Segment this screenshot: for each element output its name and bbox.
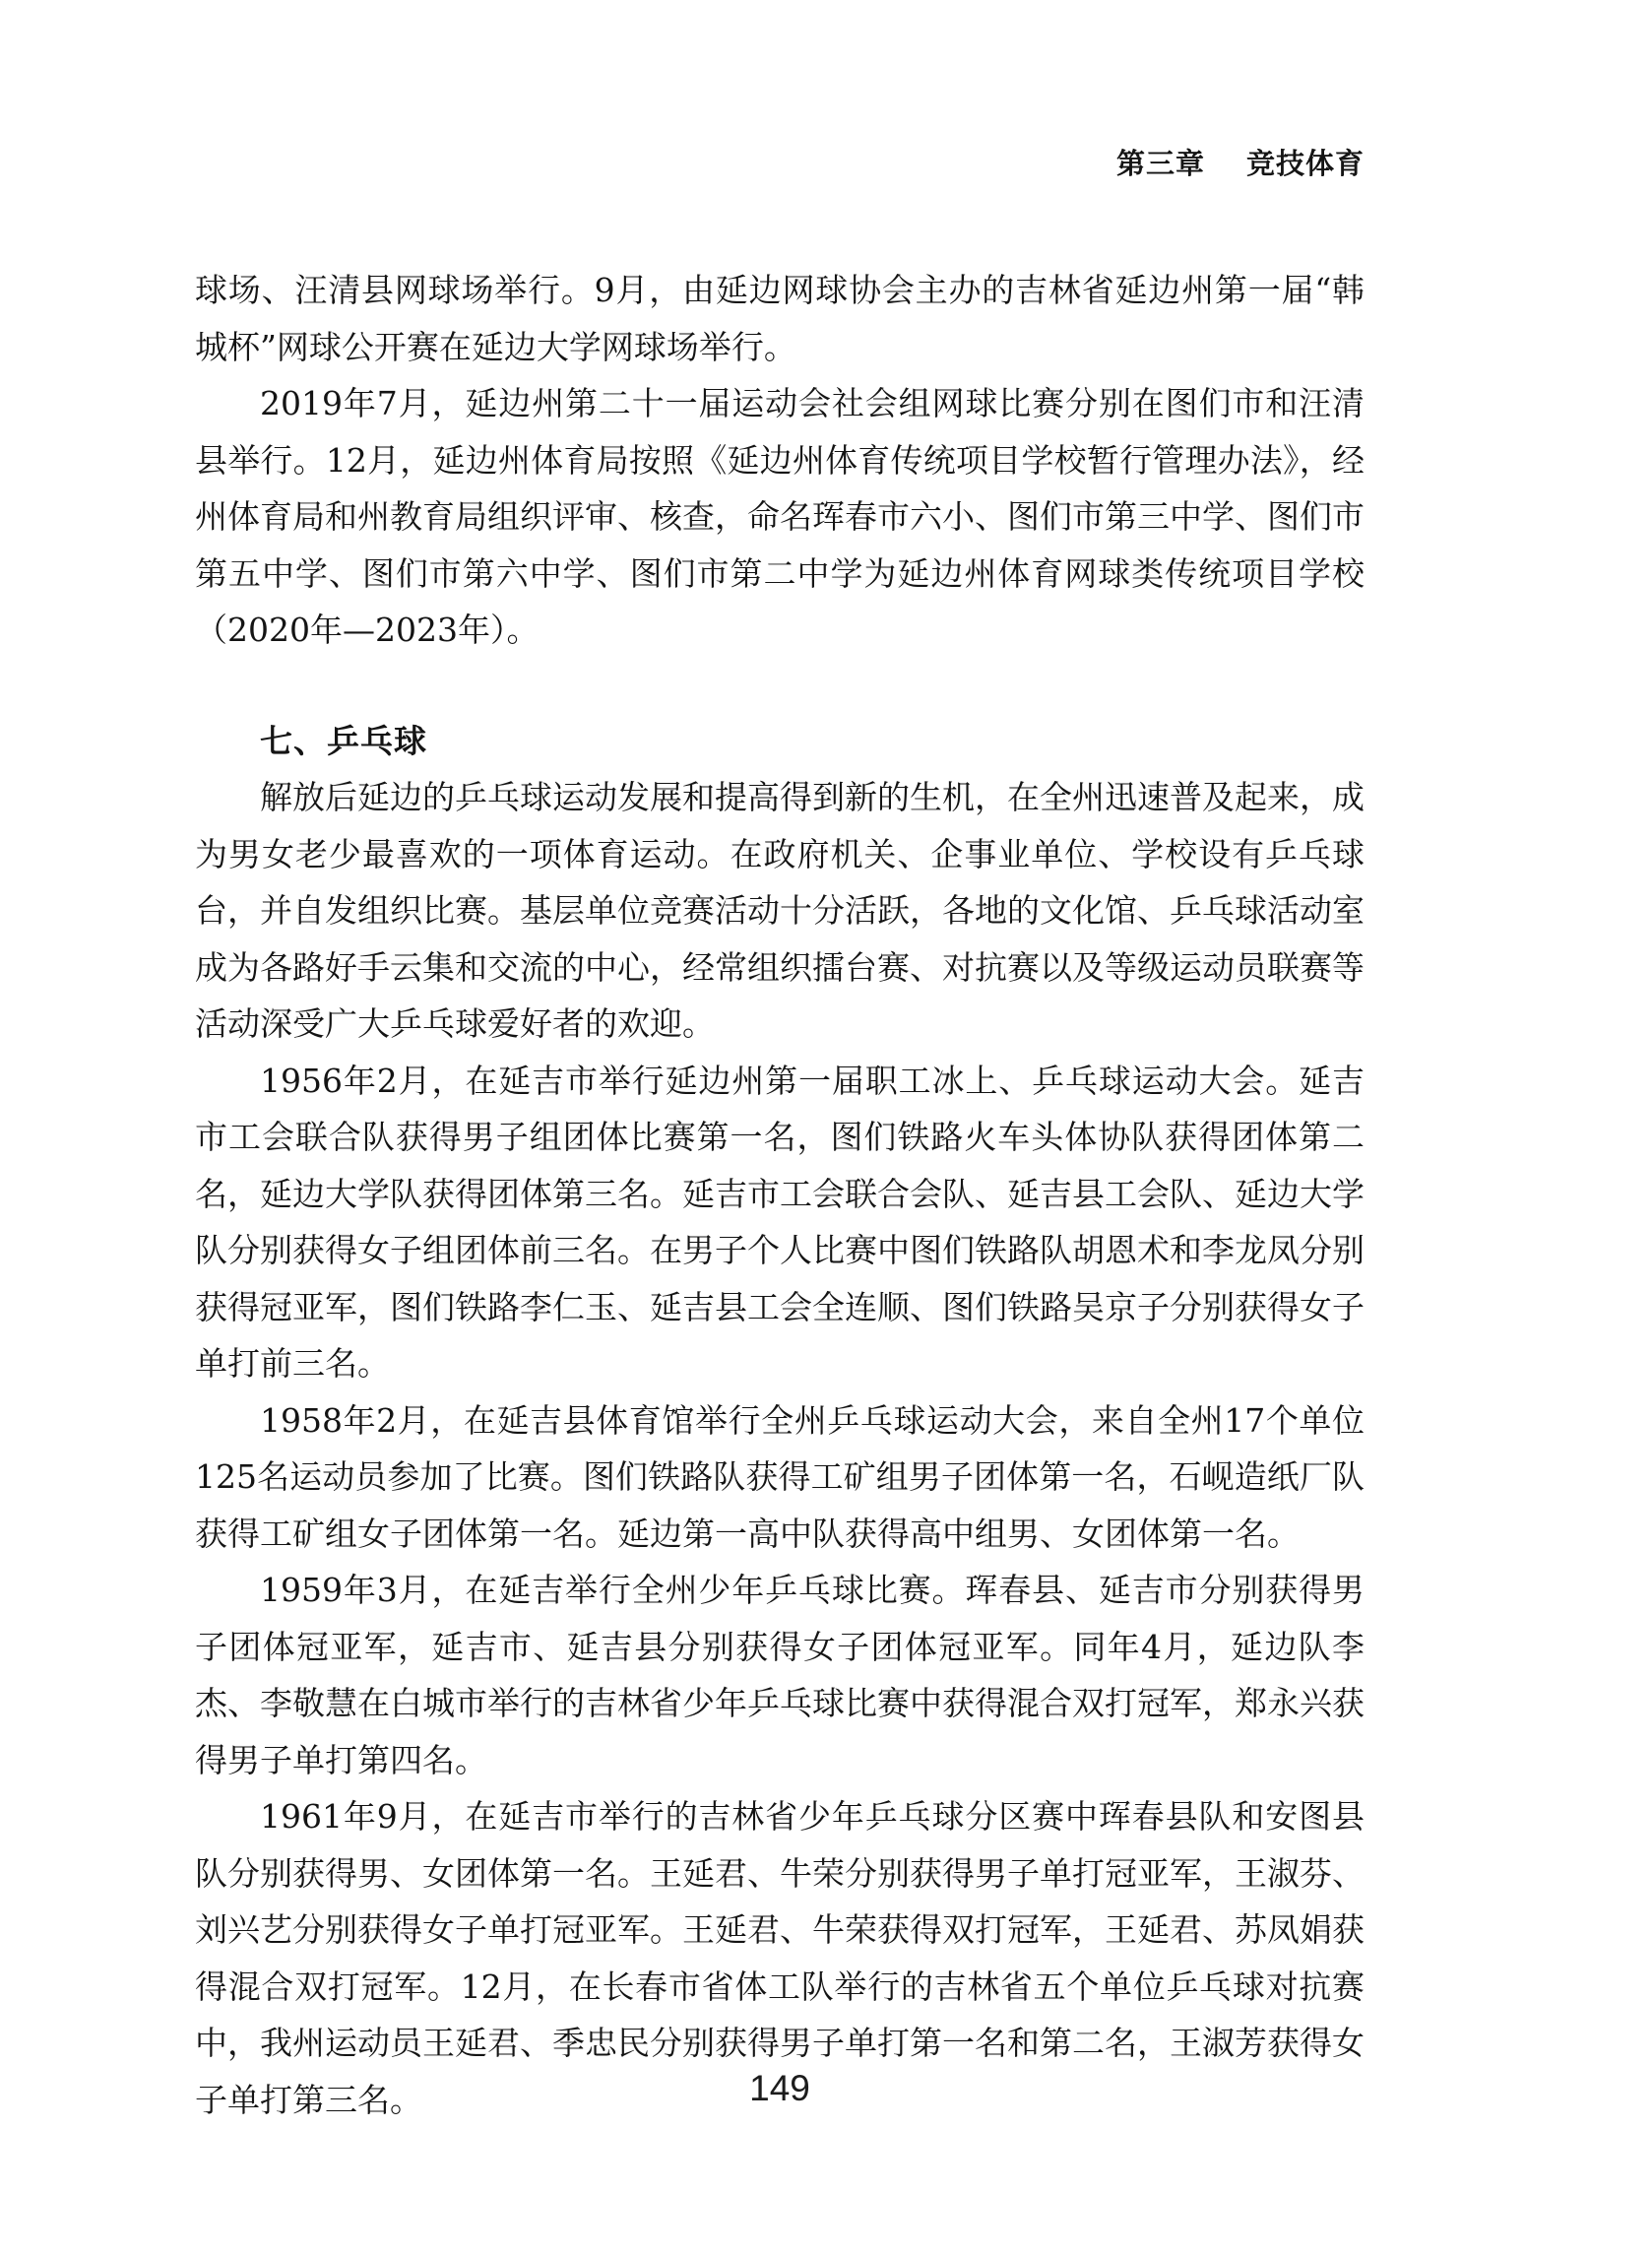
paragraph: 2019年7月，延边州第二十一届运动会社会组网球比赛分别在图们市和汪清县举行。1… <box>195 375 1365 659</box>
document-page: 第三章竞技体育 球场、汪清县网球场举行。9月，由延边网球协会主办的吉林省延边州第… <box>0 0 1652 2257</box>
chapter-title: 竞技体育 <box>1246 147 1365 180</box>
section-heading: 七、乒乓球 <box>195 713 1365 770</box>
paragraph: 1958年2月，在延吉县体育馆举行全州乒乓球运动大会，来自全州17个单位125名… <box>195 1392 1365 1563</box>
paragraph: 解放后延边的乒乓球运动发展和提高得到新的生机，在全州迅速普及起来，成为男女老少最… <box>195 769 1365 1053</box>
running-header: 第三章竞技体育 <box>195 142 1365 182</box>
page-number: 149 <box>195 2068 1365 2109</box>
paragraph: 1956年2月，在延吉市举行延边州第一届职工冰上、乒乓球运动大会。延吉市工会联合… <box>195 1053 1365 1392</box>
paragraph: 1959年3月，在延吉举行全州少年乒乓球比赛。珲春县、延吉市分别获得男子团体冠亚… <box>195 1562 1365 1788</box>
page-body-text: 球场、汪清县网球场举行。9月，由延边网球协会主办的吉林省延边州第一届“韩城杯”网… <box>195 262 1365 2128</box>
paragraph-continuation: 球场、汪清县网球场举行。9月，由延边网球协会主办的吉林省延边州第一届“韩城杯”网… <box>195 262 1365 375</box>
chapter-number: 第三章 <box>1116 147 1205 180</box>
